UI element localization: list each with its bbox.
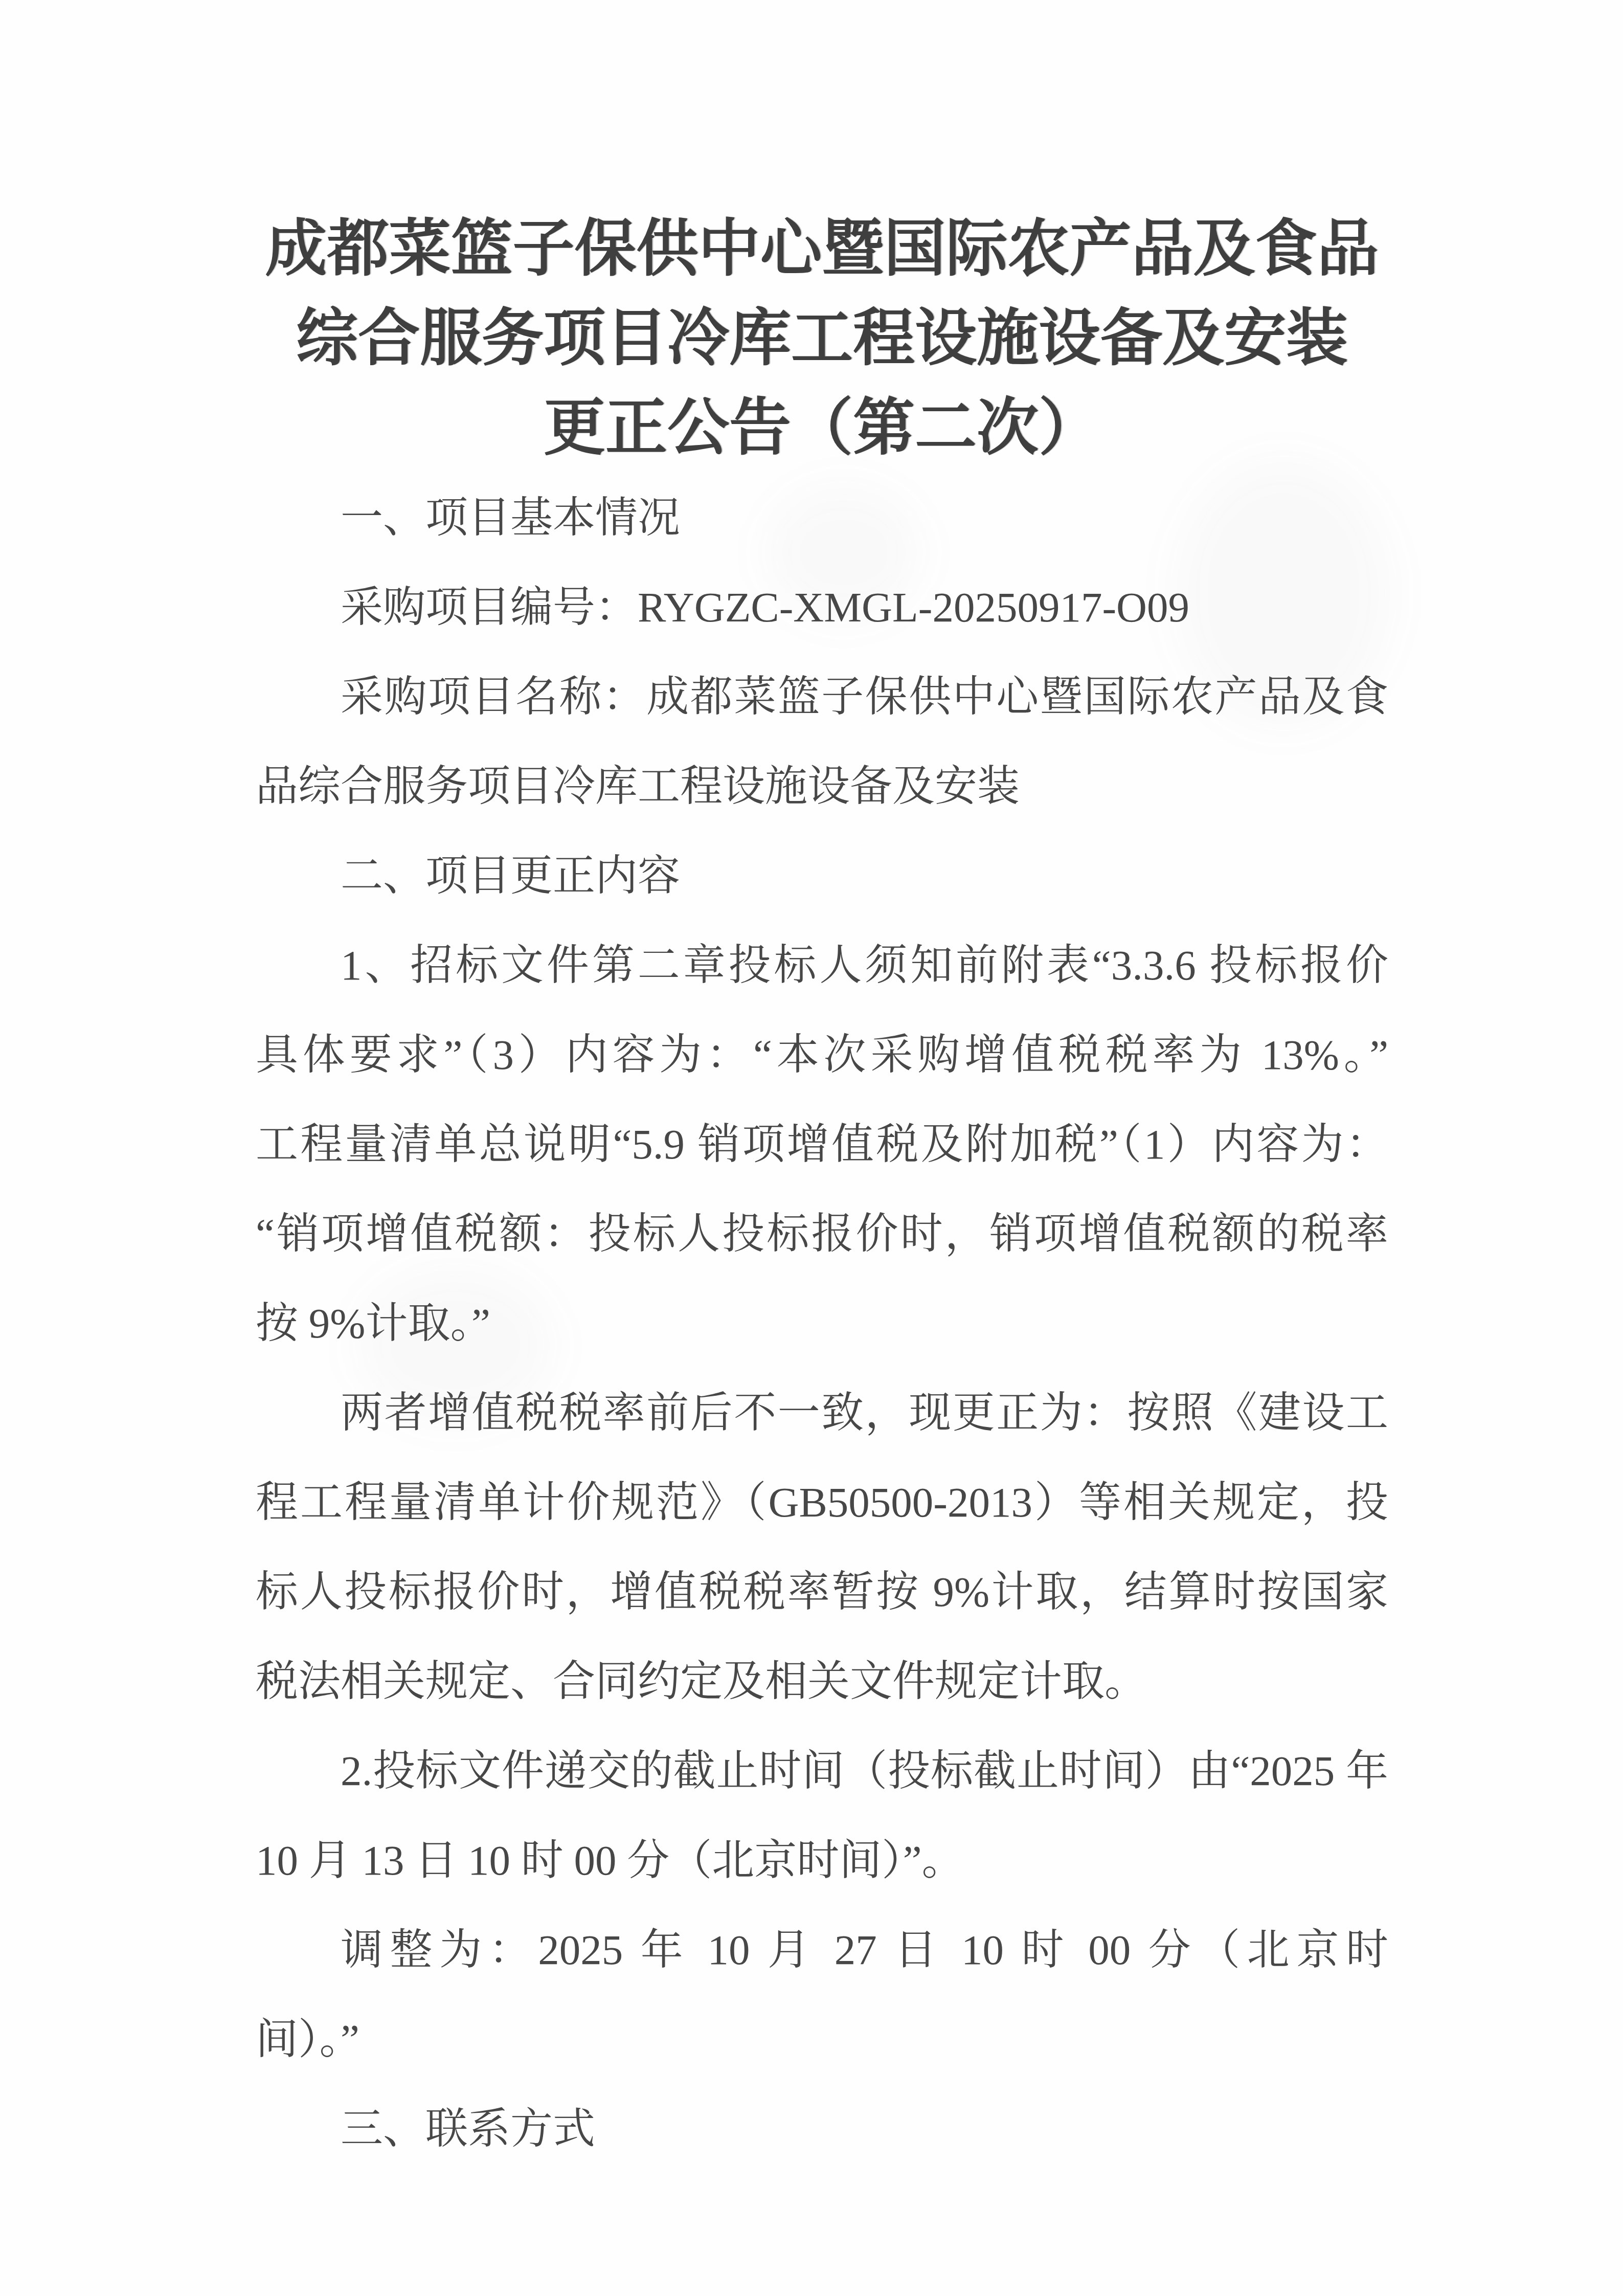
heading-section-basic-info: 一、项目基本情况 — [256, 473, 1388, 563]
line-correction-item1-4: “销项增值税额：投标人投标报价时，销项增值税额的税率 — [256, 1189, 1388, 1279]
line-correction-item1-1: 1、招标文件第二章投标人须知前附表“3.3.6 投标报价 — [256, 921, 1388, 1010]
line-correction-result-4: 税法相关规定、合同约定及相关文件规定计取。 — [256, 1637, 1388, 1726]
line-correction-result-3: 标人投标报价时，增值税税率暂按 9%计取，结算时按国家 — [256, 1547, 1388, 1637]
heading-section-correction: 二、项目更正内容 — [256, 831, 1388, 921]
document-title-line-2: 综合服务项目冷库工程设施设备及安装 — [256, 294, 1388, 384]
line-correction-item1-5: 按 9%计取。” — [256, 1279, 1388, 1368]
heading-section-contact: 三、联系方式 — [256, 2084, 1388, 2174]
line-correction-item1-2: 具体要求”（3）内容为：“本次采购增值税税率为 13%。” — [256, 1010, 1388, 1100]
document-body: 一、项目基本情况 采购项目编号：RYGZC-XMGL-20250917-O09 … — [256, 473, 1388, 2174]
document-page: 成都菜篮子保供中心暨国际农产品及食品 综合服务项目冷库工程设施设备及安装 更正公… — [0, 0, 1623, 2296]
line-correction-result-1: 两者增值税税率前后不一致，现更正为：按照《建设工 — [256, 1368, 1388, 1458]
line-correction-result-2: 程工程量清单计价规范》（GB50500-2013）等相关规定，投 — [256, 1458, 1388, 1547]
line-correction-item2-4: 间）。” — [256, 1995, 1388, 2084]
line-correction-item2-1: 2.投标文件递交的截止时间（投标截止时间）由“2025 年 — [256, 1726, 1388, 1816]
line-project-name-1: 采购项目名称：成都菜篮子保供中心暨国际农产品及食 — [256, 652, 1388, 742]
line-correction-item2-3: 调整为：2025 年 10 月 27 日 10 时 00 分（北京时 — [256, 1905, 1388, 1995]
document-title-line-3: 更正公告（第二次） — [256, 384, 1388, 473]
line-project-number: 采购项目编号：RYGZC-XMGL-20250917-O09 — [256, 563, 1388, 652]
document-title: 成都菜篮子保供中心暨国际农产品及食品 综合服务项目冷库工程设施设备及安装 更正公… — [256, 205, 1388, 473]
line-correction-item2-2: 10 月 13 日 10 时 00 分（北京时间）”。 — [256, 1816, 1388, 1905]
line-correction-item1-3: 工程量清单总说明“5.9 销项增值税及附加税”（1）内容为： — [256, 1100, 1388, 1189]
document-title-line-1: 成都菜篮子保供中心暨国际农产品及食品 — [256, 205, 1388, 294]
line-project-name-2: 品综合服务项目冷库工程设施设备及安装 — [256, 742, 1388, 831]
